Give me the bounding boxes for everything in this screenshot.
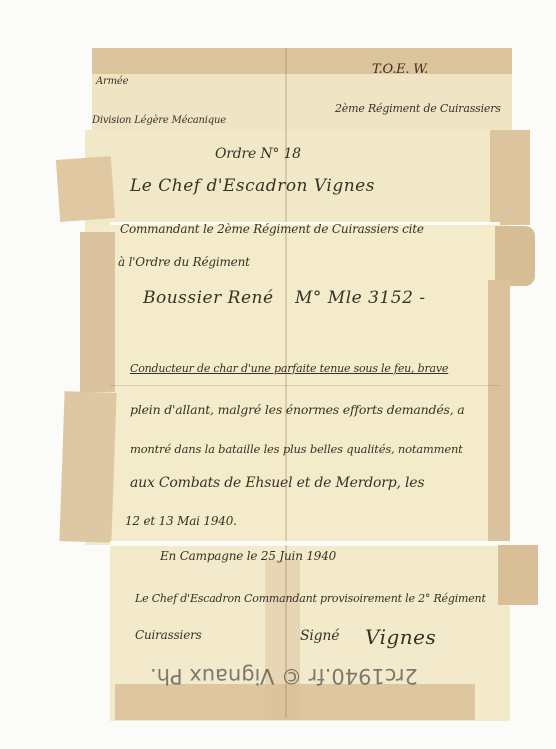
place-date: En Campagne le 25 Juin 1940	[160, 549, 336, 563]
header-code: T.O.E. W.	[372, 62, 428, 77]
signed-label: Signé	[300, 628, 339, 644]
tape-right-middle	[495, 226, 535, 286]
body-line-1: Commandant le 2ème Régiment de Cuirassie…	[120, 222, 424, 236]
citation-line-4: aux Combats de Ehsuel et de Merdorp, les	[130, 475, 424, 491]
citation-line-5: 12 et 13 Mai 1940.	[125, 514, 237, 528]
header-army: Armée	[96, 76, 128, 87]
copyright-watermark: 2rc1940.fr © Vignaux Ph.	[150, 664, 418, 688]
tear-gap-2	[110, 541, 510, 545]
header-regiment: 2ème Régiment de Cuirassiers	[335, 102, 501, 115]
tape-right-edge	[488, 280, 510, 545]
order-number: Ordre N° 18	[215, 146, 301, 162]
signature: Vignes	[365, 625, 436, 649]
tape-right-bottom	[498, 545, 538, 605]
tape-right-upper	[490, 130, 530, 225]
soldier-name: Boussier René	[143, 288, 274, 308]
tape-left-middle	[80, 232, 115, 392]
order-issuer: Le Chef d'Escadron Vignes	[130, 176, 375, 196]
tape-left-lower	[59, 391, 116, 543]
horizontal-fold-line	[110, 385, 500, 386]
signatory-line-1: Le Chef d'Escadron Commandant provisoire…	[135, 592, 486, 605]
citation-line-2: plein d'allant, malgré les énormes effor…	[130, 402, 465, 417]
citation-line-1: Conducteur de char d'une parfaite tenue …	[130, 362, 448, 375]
header-division: Division Légère Mécanique	[92, 115, 226, 126]
signatory-line-2: Cuirassiers	[135, 628, 202, 642]
tape-center-vertical	[265, 560, 300, 720]
soldier-matricule: M° Mle 3152 -	[295, 288, 426, 308]
body-line-2: à l'Ordre du Régiment	[118, 255, 250, 269]
tape-top-strip	[92, 48, 512, 74]
tape-left-upper	[56, 156, 115, 222]
citation-line-3: montré dans la bataille les plus belles …	[130, 442, 463, 456]
